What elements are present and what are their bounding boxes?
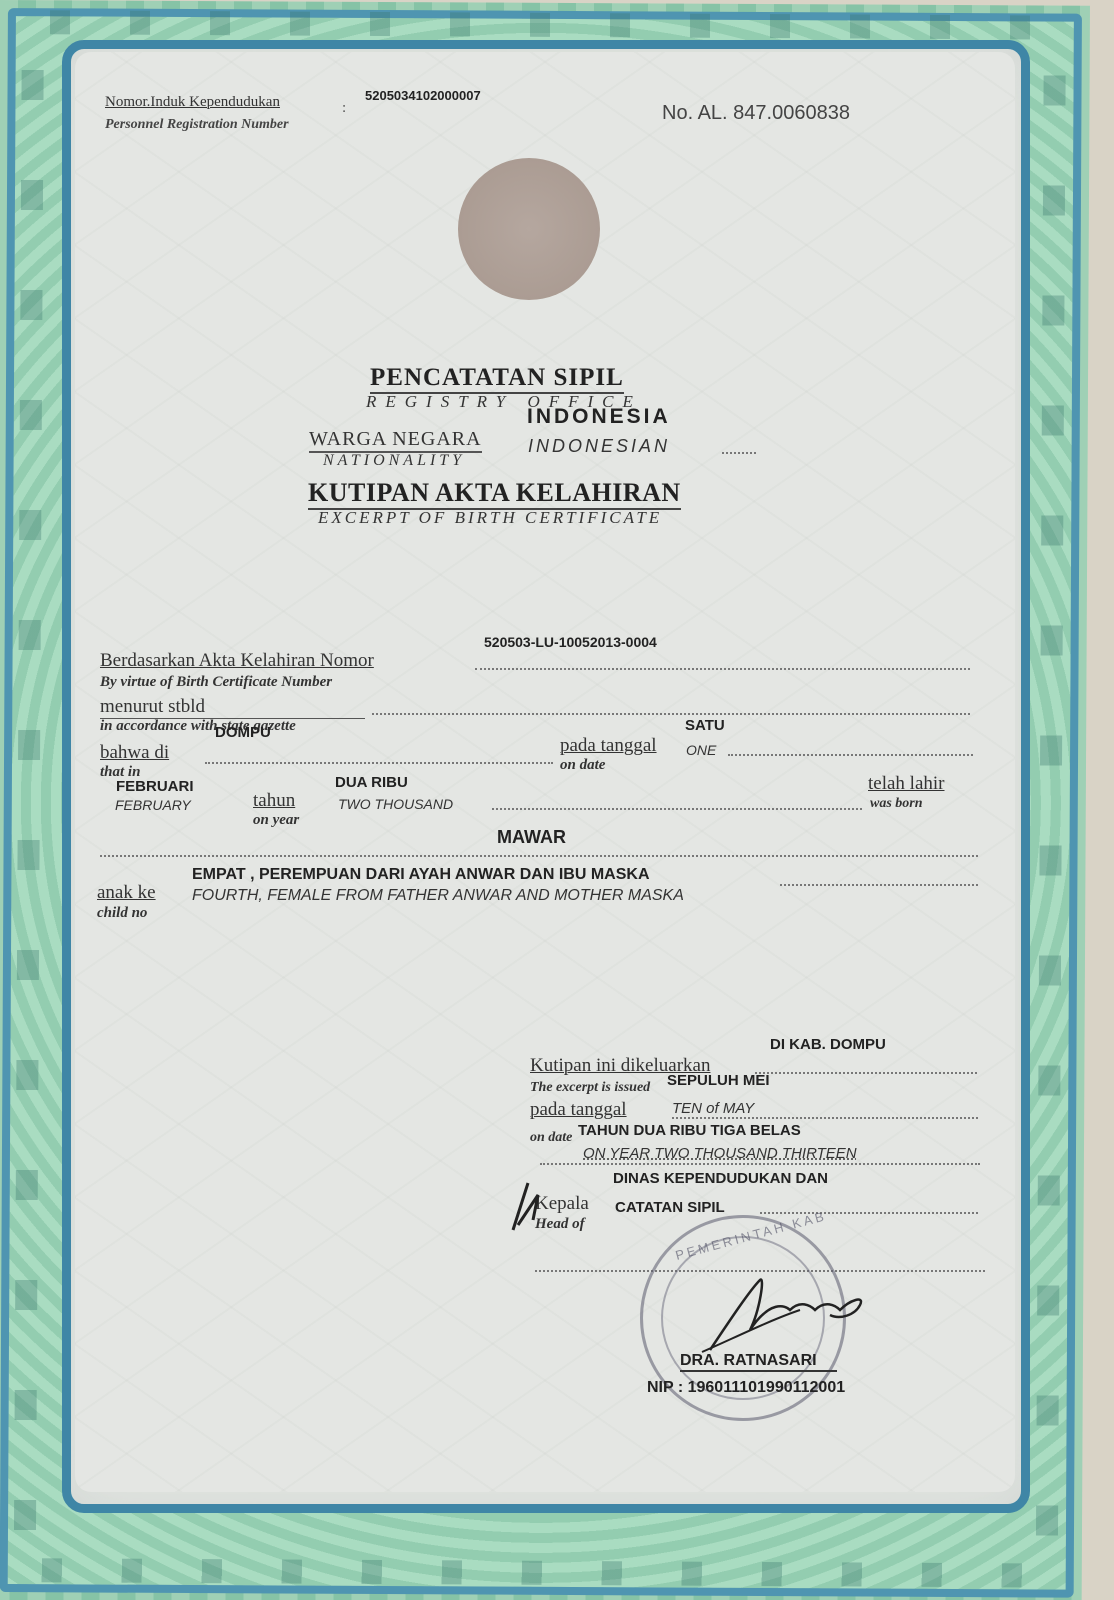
issued-date-label: pada tanggal <box>530 1099 627 1121</box>
cert-number-label-en: By virtue of Birth Certificate Number <box>100 674 332 691</box>
year-label-en: on year <box>253 812 299 829</box>
seal-emblem <box>458 158 600 300</box>
registry-office-title: PENCATATAN SIPIL <box>370 364 624 394</box>
date-label: pada tanggal <box>560 735 657 757</box>
issued-label-en: The excerpt is issued <box>530 1080 650 1096</box>
child-name-value: MAWAR <box>497 827 566 848</box>
cert-number-line <box>475 668 970 670</box>
nik-label-en: Personnel Registration Number <box>105 117 289 133</box>
official-name: DRA. RATNASARI <box>680 1352 837 1372</box>
initial-mark-icon <box>508 1175 548 1235</box>
child-value: EMPAT , PEREMPUAN DARI AYAH ANWAR DAN IB… <box>192 866 650 884</box>
date-label-en: on date <box>560 757 605 774</box>
name-line <box>100 855 978 857</box>
born-label-en: was born <box>870 796 923 812</box>
year-value: DUA RIBU <box>335 774 408 791</box>
born-label: telah lahir <box>868 773 945 795</box>
place-label: bahwa di <box>100 742 169 764</box>
stbld-label: menurut stbld <box>100 696 365 719</box>
issued-year-value: TAHUN DUA RIBU TIGA BELAS <box>578 1122 801 1139</box>
office-value-line1: DINAS KEPENDUDUKAN DAN <box>613 1170 828 1187</box>
day-value: SATU <box>685 717 725 734</box>
nationality-value: INDONESIA <box>527 405 671 429</box>
nik-colon: : <box>342 100 346 117</box>
nik-value: 5205034102000007 <box>365 88 481 103</box>
year-label: tahun <box>253 790 295 812</box>
child-line <box>780 884 978 886</box>
signature-icon <box>690 1270 890 1360</box>
child-label: anak ke <box>97 882 156 904</box>
nationality-label: WARGA NEGARA <box>309 428 482 453</box>
nationality-label-en: NATIONALITY <box>323 452 465 470</box>
issued-line <box>755 1072 977 1074</box>
nationality-value-en: INDONESIAN <box>528 436 670 457</box>
issued-date-value: SEPULUH MEI <box>667 1072 770 1089</box>
issued-date-label-en: on date <box>530 1130 572 1146</box>
issued-year-line <box>540 1163 980 1165</box>
issued-date-value-en: TEN of MAY <box>672 1100 754 1117</box>
cert-number-value: 520503-LU-10052013-0004 <box>484 634 657 650</box>
document-title: KUTIPAN AKTA KELAHIRAN <box>308 478 681 510</box>
official-nip: NIP : 196011101990112001 <box>647 1379 845 1397</box>
nik-label: Nomor.Induk Kependudukan <box>105 94 280 111</box>
issued-year-value-en: ON YEAR TWO THOUSAND THIRTEEN <box>583 1145 857 1162</box>
issued-date-line <box>672 1117 978 1119</box>
place-value: DOMPU <box>215 724 271 741</box>
dotted-line <box>722 452 756 454</box>
office-value-line2: CATATAN SIPIL <box>615 1199 725 1216</box>
cert-number-label: Berdasarkan Akta Kelahiran Nomor <box>100 650 374 672</box>
day-value-en: ONE <box>686 742 716 758</box>
date-line <box>728 754 973 756</box>
issued-place-value: DI KAB. DOMPU <box>770 1036 886 1053</box>
child-label-en: child no <box>97 905 147 922</box>
child-value-en: FOURTH, FEMALE FROM FATHER ANWAR AND MOT… <box>192 887 684 905</box>
stbld-line <box>372 713 970 715</box>
office-line <box>760 1212 978 1214</box>
year-value-en: TWO THOUSAND <box>338 796 453 812</box>
month-value-en: FEBRUARY <box>115 797 191 813</box>
serial-number: No. AL. 847.0060838 <box>662 102 850 125</box>
document-title-en: EXCERPT OF BIRTH CERTIFICATE <box>318 508 662 528</box>
year-line <box>492 808 862 810</box>
month-value: FEBRUARI <box>116 778 194 795</box>
place-line <box>205 762 553 764</box>
